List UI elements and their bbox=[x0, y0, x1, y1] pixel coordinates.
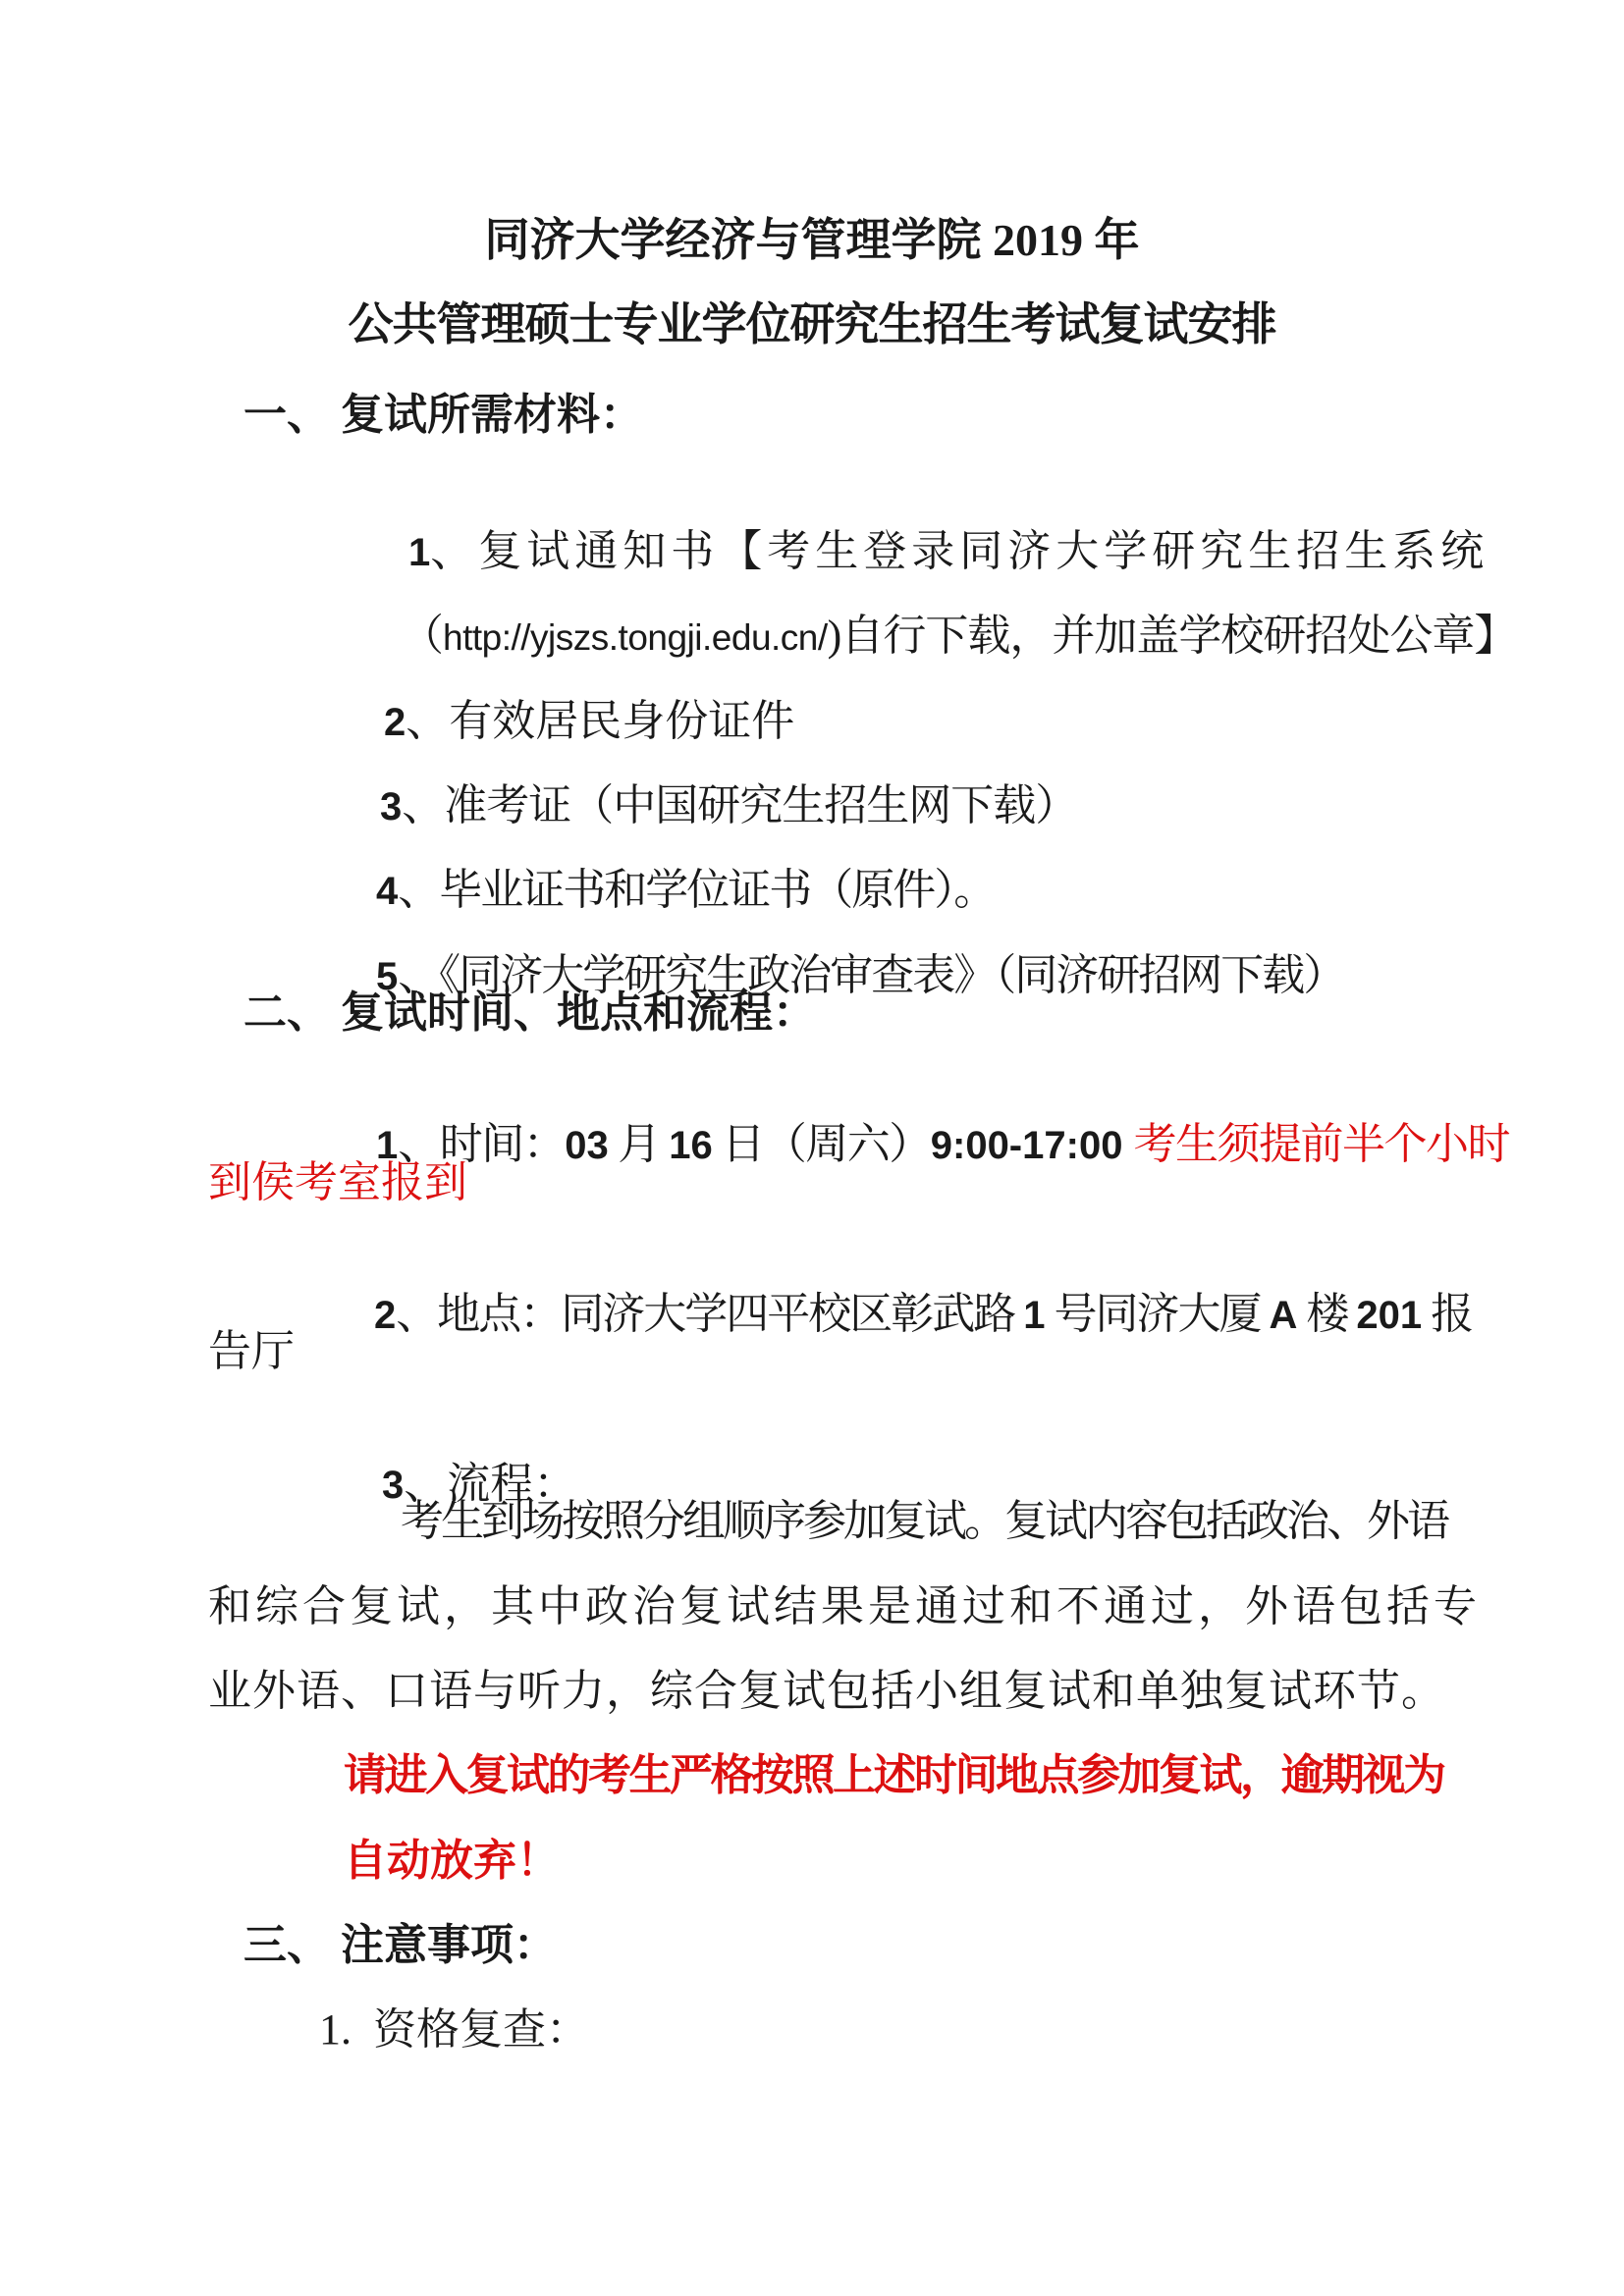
place-line-1: 2、地点：同济大学四平校区彰武路 1 号同济大厦 A 楼 201 报 bbox=[339, 1244, 1472, 1386]
place-text: 楼 bbox=[1297, 1290, 1356, 1338]
document-page: 同济大学经济与管理学院 2019 年 公共管理硕士专业学位研究生招生考试复试安排… bbox=[0, 0, 1624, 2296]
time-month-value: 03 bbox=[565, 1124, 609, 1167]
place-text: 报 bbox=[1422, 1290, 1472, 1338]
item-number: 2 bbox=[374, 1294, 396, 1337]
process-paragraph-line-1: 考生到场按照分组顺序参加复试。复试内容包括政治、外语 bbox=[401, 1498, 1447, 1545]
room-number: 201 bbox=[1356, 1294, 1422, 1337]
item-text: )自行下载，并加盖学校研招处公章】 bbox=[828, 612, 1517, 660]
place-text: 号同济大厦 bbox=[1046, 1290, 1270, 1338]
section-3-item-1: 1. 资格复查： bbox=[319, 2006, 589, 2054]
street-number: 1 bbox=[1023, 1294, 1045, 1337]
title-line-1: 同济大学经济与管理学院 2019 年 bbox=[0, 216, 1624, 266]
section-1-heading: 一、 复试所需材料： bbox=[244, 392, 643, 439]
red-note-line-2: 到侯考室报到 bbox=[208, 1159, 467, 1206]
time-range-value: 9:00-17:00 bbox=[931, 1124, 1134, 1167]
place-line-2: 告厅 bbox=[208, 1328, 295, 1375]
title-line-2: 公共管理硕士专业学位研究生招生考试复试安排 bbox=[0, 300, 1624, 350]
time-sep: 日（周六） bbox=[713, 1120, 931, 1168]
time-line: 1、时间：03 月 16 日（周六）9:00-17:00 考生须提前半个小时 bbox=[339, 1074, 1509, 1216]
red-note-line-1: 考生须提前半个小时 bbox=[1134, 1120, 1510, 1168]
building-letter: A bbox=[1270, 1294, 1298, 1337]
process-paragraph-line-3: 业外语、口语与听力，综合复试包括小组复试和单独复试环节。 bbox=[208, 1668, 1445, 1715]
place-label: 、地点：同济大学四平校区彰武路 bbox=[396, 1290, 1023, 1338]
section-3-heading: 三、 注意事项： bbox=[244, 1922, 557, 1969]
time-day-value: 16 bbox=[669, 1124, 713, 1167]
warning-line-2: 自动放弃！ bbox=[344, 1838, 560, 1885]
warning-line-1: 请进入复试的考生严格按照上述时间地点参加复试，逾期视为 bbox=[344, 1752, 1444, 1799]
section-2-heading: 二、 复试时间、地点和流程： bbox=[244, 989, 816, 1037]
process-paragraph-line-2: 和综合复试，其中政治复试结果是通过和不通过，外语包括专 bbox=[208, 1583, 1481, 1630]
time-sep: 月 bbox=[609, 1120, 670, 1168]
